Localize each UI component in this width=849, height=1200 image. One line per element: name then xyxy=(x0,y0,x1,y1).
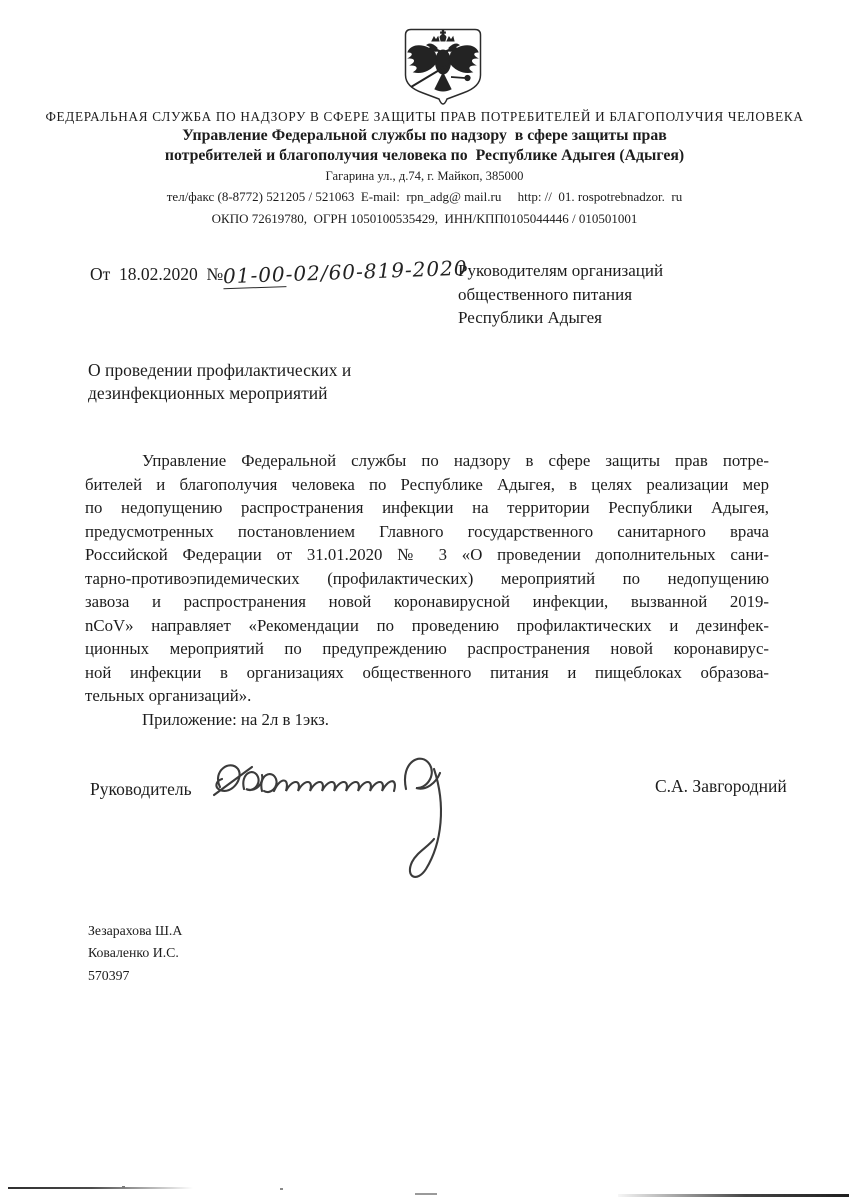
handwritten-number-underlined-part: 01-00 xyxy=(223,262,286,289)
date-number-label: От 18.02.2020 № xyxy=(90,264,223,284)
body-line: предусмотренных постановлением Главного … xyxy=(85,520,769,544)
recipient-block: Руководителям организаций общественного … xyxy=(458,259,663,330)
executor-name: Зезарахова Ш.А xyxy=(88,920,182,942)
body-line: ционных мероприятий по предупреждению ра… xyxy=(85,637,769,661)
subject-block: О проведении профилактических и дезинфек… xyxy=(88,359,351,405)
scan-artifact-line xyxy=(8,1187,193,1189)
body-line: бителей и благополучия человека по Респу… xyxy=(85,473,769,497)
signer-name: С.А. Завгородний xyxy=(655,776,787,797)
body-line: Российской Федерации от 31.01.2020 № 3 «… xyxy=(85,543,769,567)
handwritten-signature-icon xyxy=(200,743,530,888)
body-line: тарно-противоэпидемических (профилактиче… xyxy=(85,567,769,591)
letter-body: Управление Федеральной службы по надзору… xyxy=(85,449,769,732)
subject-line: О проведении профилактических и xyxy=(88,359,351,382)
handwritten-number-rest: -02/60-819-2020 xyxy=(285,256,468,286)
russia-coat-of-arms-icon xyxy=(399,27,487,106)
scanned-letter-page: ФЕДЕРАЛЬНАЯ СЛУЖБА ПО НАДЗОРУ В СФЕРЕ ЗА… xyxy=(0,0,849,1200)
body-line: Управление Федеральной службы по надзору… xyxy=(85,449,769,473)
contacts-line: тел/факс (8-8772) 521205 / 521063 E-mail… xyxy=(0,189,849,205)
department-name-line-2: потребителей и благополучия человека по … xyxy=(0,147,849,165)
registry-codes-line: ОКПО 72619780, ОГРН 1050100535429, ИНН/К… xyxy=(0,211,849,227)
executor-phone: 570397 xyxy=(88,965,182,987)
agency-name: ФЕДЕРАЛЬНАЯ СЛУЖБА ПО НАДЗОРУ В СФЕРЕ ЗА… xyxy=(0,109,849,125)
scan-artifact-speck xyxy=(280,1188,283,1190)
body-line: тельных организаций». xyxy=(85,684,769,708)
scan-artifact-speck xyxy=(122,1186,125,1188)
scan-artifact-line xyxy=(618,1194,849,1197)
recipient-line: общественного питания xyxy=(458,283,663,307)
recipient-line: Республики Адыгея xyxy=(458,306,663,330)
body-line: nCoV» направляет «Рекомендации по провед… xyxy=(85,614,769,638)
executor-name: Коваленко И.С. xyxy=(88,942,182,964)
scan-artifact-dash xyxy=(415,1193,437,1195)
department-name-line-1: Управление Федеральной службы по надзору… xyxy=(0,127,849,145)
reference-row: От 18.02.2020 №01-00-02/60-819-2020 xyxy=(90,261,468,285)
body-line: завоза и распространения новой коронавир… xyxy=(85,590,769,614)
handwritten-outgoing-number: 01-00-02/60-819-2020 xyxy=(223,256,468,289)
signer-title: Руководитель xyxy=(90,779,192,800)
executor-block: Зезарахова Ш.А Коваленко И.С. 570397 xyxy=(88,920,182,987)
body-line: ной инфекции в организациях общественног… xyxy=(85,661,769,685)
postal-address: Гагарина ул., д.74, г. Майкоп, 385000 xyxy=(0,169,849,184)
subject-line: дезинфекционных мероприятий xyxy=(88,382,351,405)
recipient-line: Руководителям организаций xyxy=(458,259,663,283)
body-line: по недопущению распространения инфекции … xyxy=(85,496,769,520)
attachment-note: Приложение: на 2л в 1экз. xyxy=(85,708,769,732)
